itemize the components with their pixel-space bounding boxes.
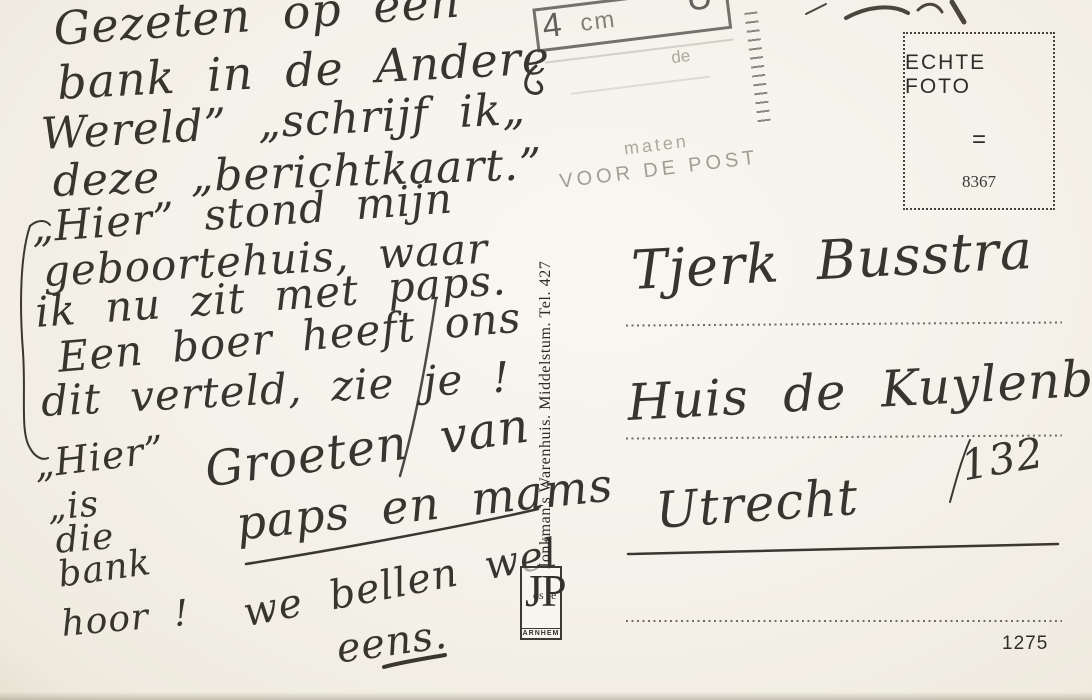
logo-city: ARNHEM <box>522 628 560 637</box>
stamp-box-number: 8367 <box>962 172 996 192</box>
logo-letter: e <box>551 588 556 603</box>
margin-line: „Hier” <box>32 430 167 484</box>
publisher-imprint: Jonkman's Warenhuis. Middelstum. Tel. 42… <box>537 159 555 569</box>
margin-line: bank <box>56 545 154 594</box>
postmark-faint-line <box>571 76 710 95</box>
address-line-street: Huis de Kuylenb. <box>626 353 1092 428</box>
stamp-box: ECHTE FOTO = 8367 <box>903 32 1055 210</box>
stamp-box-title: ECHTE FOTO <box>905 51 1053 99</box>
jospe-logo: J os P e ARNHEM <box>520 566 562 640</box>
address-line-city: Utrecht <box>654 472 860 536</box>
postmark-bracket: U <box>684 0 715 20</box>
postmark-ruler-ticks <box>744 11 771 124</box>
equals-mark: = <box>972 126 986 154</box>
postmark-scribble <box>952 2 964 22</box>
closing-line: eens. <box>334 615 450 670</box>
address-line-name: Tjerk Busstra <box>630 223 1034 298</box>
postmark-scribbles <box>806 2 964 22</box>
address-rule <box>626 620 1062 622</box>
serial-number: 1275 <box>1002 633 1048 655</box>
postcard-back: Gezeten op een bank in de Andere Wereld”… <box>0 0 1092 700</box>
postmark-size-unit: cm <box>579 6 618 38</box>
utrecht-underline <box>628 544 1058 554</box>
margin-line: hoor ! <box>60 596 191 643</box>
address-line-number: 132 <box>958 432 1047 488</box>
postmark-scribble <box>846 7 908 18</box>
address-rule <box>626 321 1062 326</box>
postmark-scribble <box>806 4 826 14</box>
postmark-text-fragment: de <box>670 46 691 68</box>
postmark-cancel: 4 cm U de maten VOOR DE POST <box>526 0 790 217</box>
postmark-scribble <box>918 4 942 12</box>
scan-edge-shadow <box>0 692 1092 700</box>
